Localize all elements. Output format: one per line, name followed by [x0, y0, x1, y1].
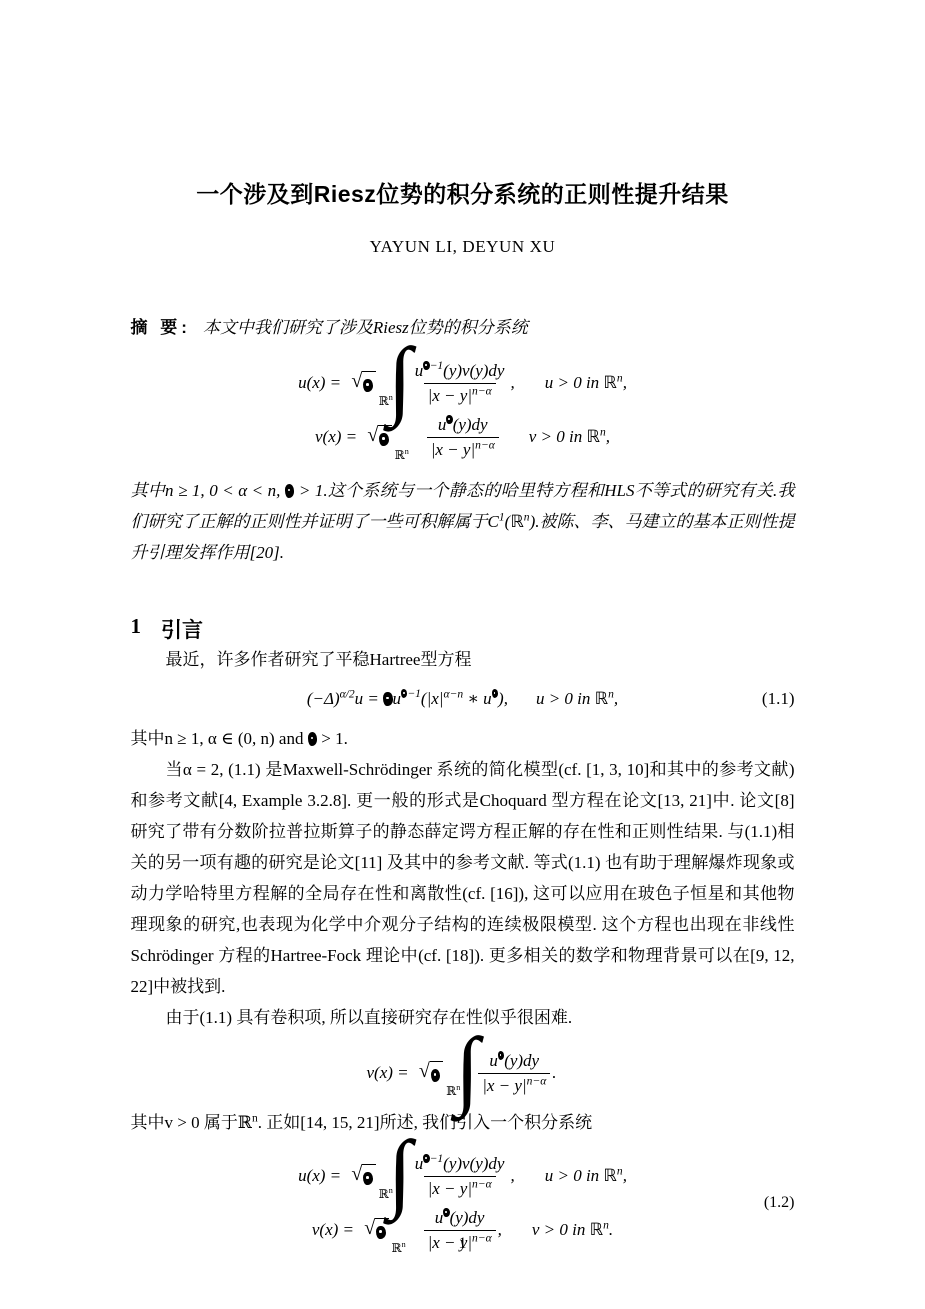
paper-title: 一个涉及到Riesz位势的积分系统的正则性提升结果 [131, 176, 795, 209]
p-glyph-artifact [363, 379, 372, 392]
p-glyph-artifact [446, 415, 452, 424]
eq-condition: v > 0 in ℝn, [529, 427, 610, 447]
p-glyph-artifact [423, 1154, 429, 1163]
integral-sign-artifact-icon: ∫ [388, 1133, 412, 1214]
eq-lhs: u(x) = [298, 373, 345, 393]
integral-sign-artifact-icon: ∫ [455, 1030, 479, 1111]
eq-lhs: v(x) = [366, 1063, 412, 1083]
numerator: u(y)dy [431, 1208, 489, 1230]
radical-sign: √ [367, 425, 378, 445]
denominator: |x − y|n−α [427, 437, 499, 460]
fraction: u−1(y)v(y)dy |x − y|n−α [411, 1154, 509, 1199]
numerator: u−1(y)v(y)dy [411, 361, 509, 383]
fraction: u(y)dy |x − y|n−α [427, 415, 499, 460]
sqrt-argument [378, 425, 391, 450]
abstract-intro-line: 摘 要:本文中我们研究了涉及Riesz位势的积分系统 [131, 313, 795, 343]
abstract-section: 摘 要:本文中我们研究了涉及Riesz位势的积分系统 u(x) = √ ∫ ℝn… [131, 313, 795, 568]
paper-authors: YAYUN LI, DEYUN XU [131, 237, 795, 257]
eq-separator: . [552, 1063, 556, 1083]
paragraph-3: 当α = 2, (1.1) 是Maxwell-Schrödinger 系统的简化… [131, 754, 795, 1002]
section-heading: 1引言 [131, 614, 795, 644]
section-number: 1 [131, 614, 142, 644]
radical-sign: √ [351, 1164, 362, 1184]
eq-condition: u > 0 in ℝn, [545, 373, 627, 393]
fraction: u−1(y)v(y)dy |x − y|n−α [411, 361, 509, 406]
p-glyph-artifact [423, 361, 429, 370]
sqrt-radical: √ [351, 1164, 375, 1189]
equation-number: (1.2) [764, 1194, 795, 1212]
numerator: u(y)dy [434, 415, 492, 437]
abstract-equation-v: v(x) = √ ℝn u(y)dy |x − y|n−α v > 0 in ℝ… [131, 413, 795, 461]
p-glyph-artifact [498, 1051, 504, 1060]
pdf-page: 一个涉及到Riesz位势的积分系统的正则性提升结果 YAYUN LI, DEYU… [0, 0, 925, 1309]
p-glyph-artifact [308, 732, 317, 745]
denominator: |x − y|n−α [424, 383, 496, 406]
integral: ∫ ℝn [379, 1152, 409, 1200]
sqrt-radical: √ [351, 371, 375, 396]
eq-lhs: u(x) = [298, 1166, 345, 1186]
fraction: u(y)dy |x − y|n−α [478, 1051, 550, 1096]
integral: ∫ ℝn [446, 1049, 476, 1097]
integral-domain: ℝn [395, 448, 409, 463]
abstract-equation-u: u(x) = √ ∫ ℝn u−1(y)v(y)dy |x − y|n−α , … [131, 359, 795, 407]
eq-condition: u > 0 in ℝn, [545, 1166, 627, 1186]
paragraph-1: 最近，许多作者研究了平稳Hartree型方程 [131, 644, 795, 675]
equation-number: (1.1) [762, 689, 795, 709]
p-glyph-artifact [431, 1069, 440, 1082]
eq-separator: , [510, 1166, 514, 1186]
p-glyph-artifact [285, 484, 294, 497]
p-glyph-artifact [379, 433, 388, 446]
denominator: |x − y|n−α [424, 1176, 496, 1199]
sqrt-argument [362, 1164, 375, 1189]
abstract-intro-text: 本文中我们研究了涉及Riesz位势的积分系统 [203, 318, 528, 337]
abstract-remark: 其中n ≥ 1, 0 < α < n, > 1.这个系统与一个静态的哈里特方程和… [131, 475, 795, 568]
radical-sign: √ [351, 371, 362, 391]
paragraph-2: 其中n ≥ 1, α ∈ (0, n) and > 1. [131, 723, 795, 754]
section-title: 引言 [161, 614, 203, 644]
denominator: |x − y|n−α [478, 1073, 550, 1096]
p-glyph-artifact [383, 692, 392, 705]
equation-1-1: (−Δ)α/2u = u−1(|x|α−n ∗ u), u > 0 in ℝn,… [131, 689, 795, 709]
sqrt-argument [362, 371, 375, 396]
equation-v-mid: v(x) = √ ∫ ℝn u(y)dy |x − y|n−α . [131, 1049, 795, 1097]
page-number: 1 [0, 1235, 925, 1253]
p-glyph-artifact [363, 1172, 372, 1185]
radical-sign: √ [419, 1061, 430, 1081]
sqrt-radical: √ [419, 1061, 443, 1086]
sqrt-radical: √ [367, 425, 391, 450]
p-glyph-artifact [492, 689, 498, 698]
numerator: u(y)dy [485, 1051, 543, 1073]
eq-condition: u > 0 in ℝn, [536, 689, 618, 709]
eq-lhs: v(x) = [315, 427, 361, 447]
equation-1-2-u: u(x) = √ ∫ ℝn u−1(y)v(y)dy |x − y|n−α , … [131, 1152, 795, 1200]
sqrt-argument [430, 1061, 443, 1086]
eq-separator: , [510, 373, 514, 393]
eq-body: (−Δ)α/2u = u−1(|x|α−n ∗ u), [307, 689, 508, 709]
p-glyph-artifact [443, 1208, 449, 1217]
integral: ∫ ℝn [379, 359, 409, 407]
p-glyph-artifact [401, 689, 407, 698]
abstract-label: 摘 要: [131, 318, 191, 337]
numerator: u−1(y)v(y)dy [411, 1154, 509, 1176]
integral-sign-artifact-icon: ∫ [388, 340, 412, 421]
page-content: 一个涉及到Riesz位势的积分系统的正则性提升结果 YAYUN LI, DEYU… [131, 0, 795, 1254]
